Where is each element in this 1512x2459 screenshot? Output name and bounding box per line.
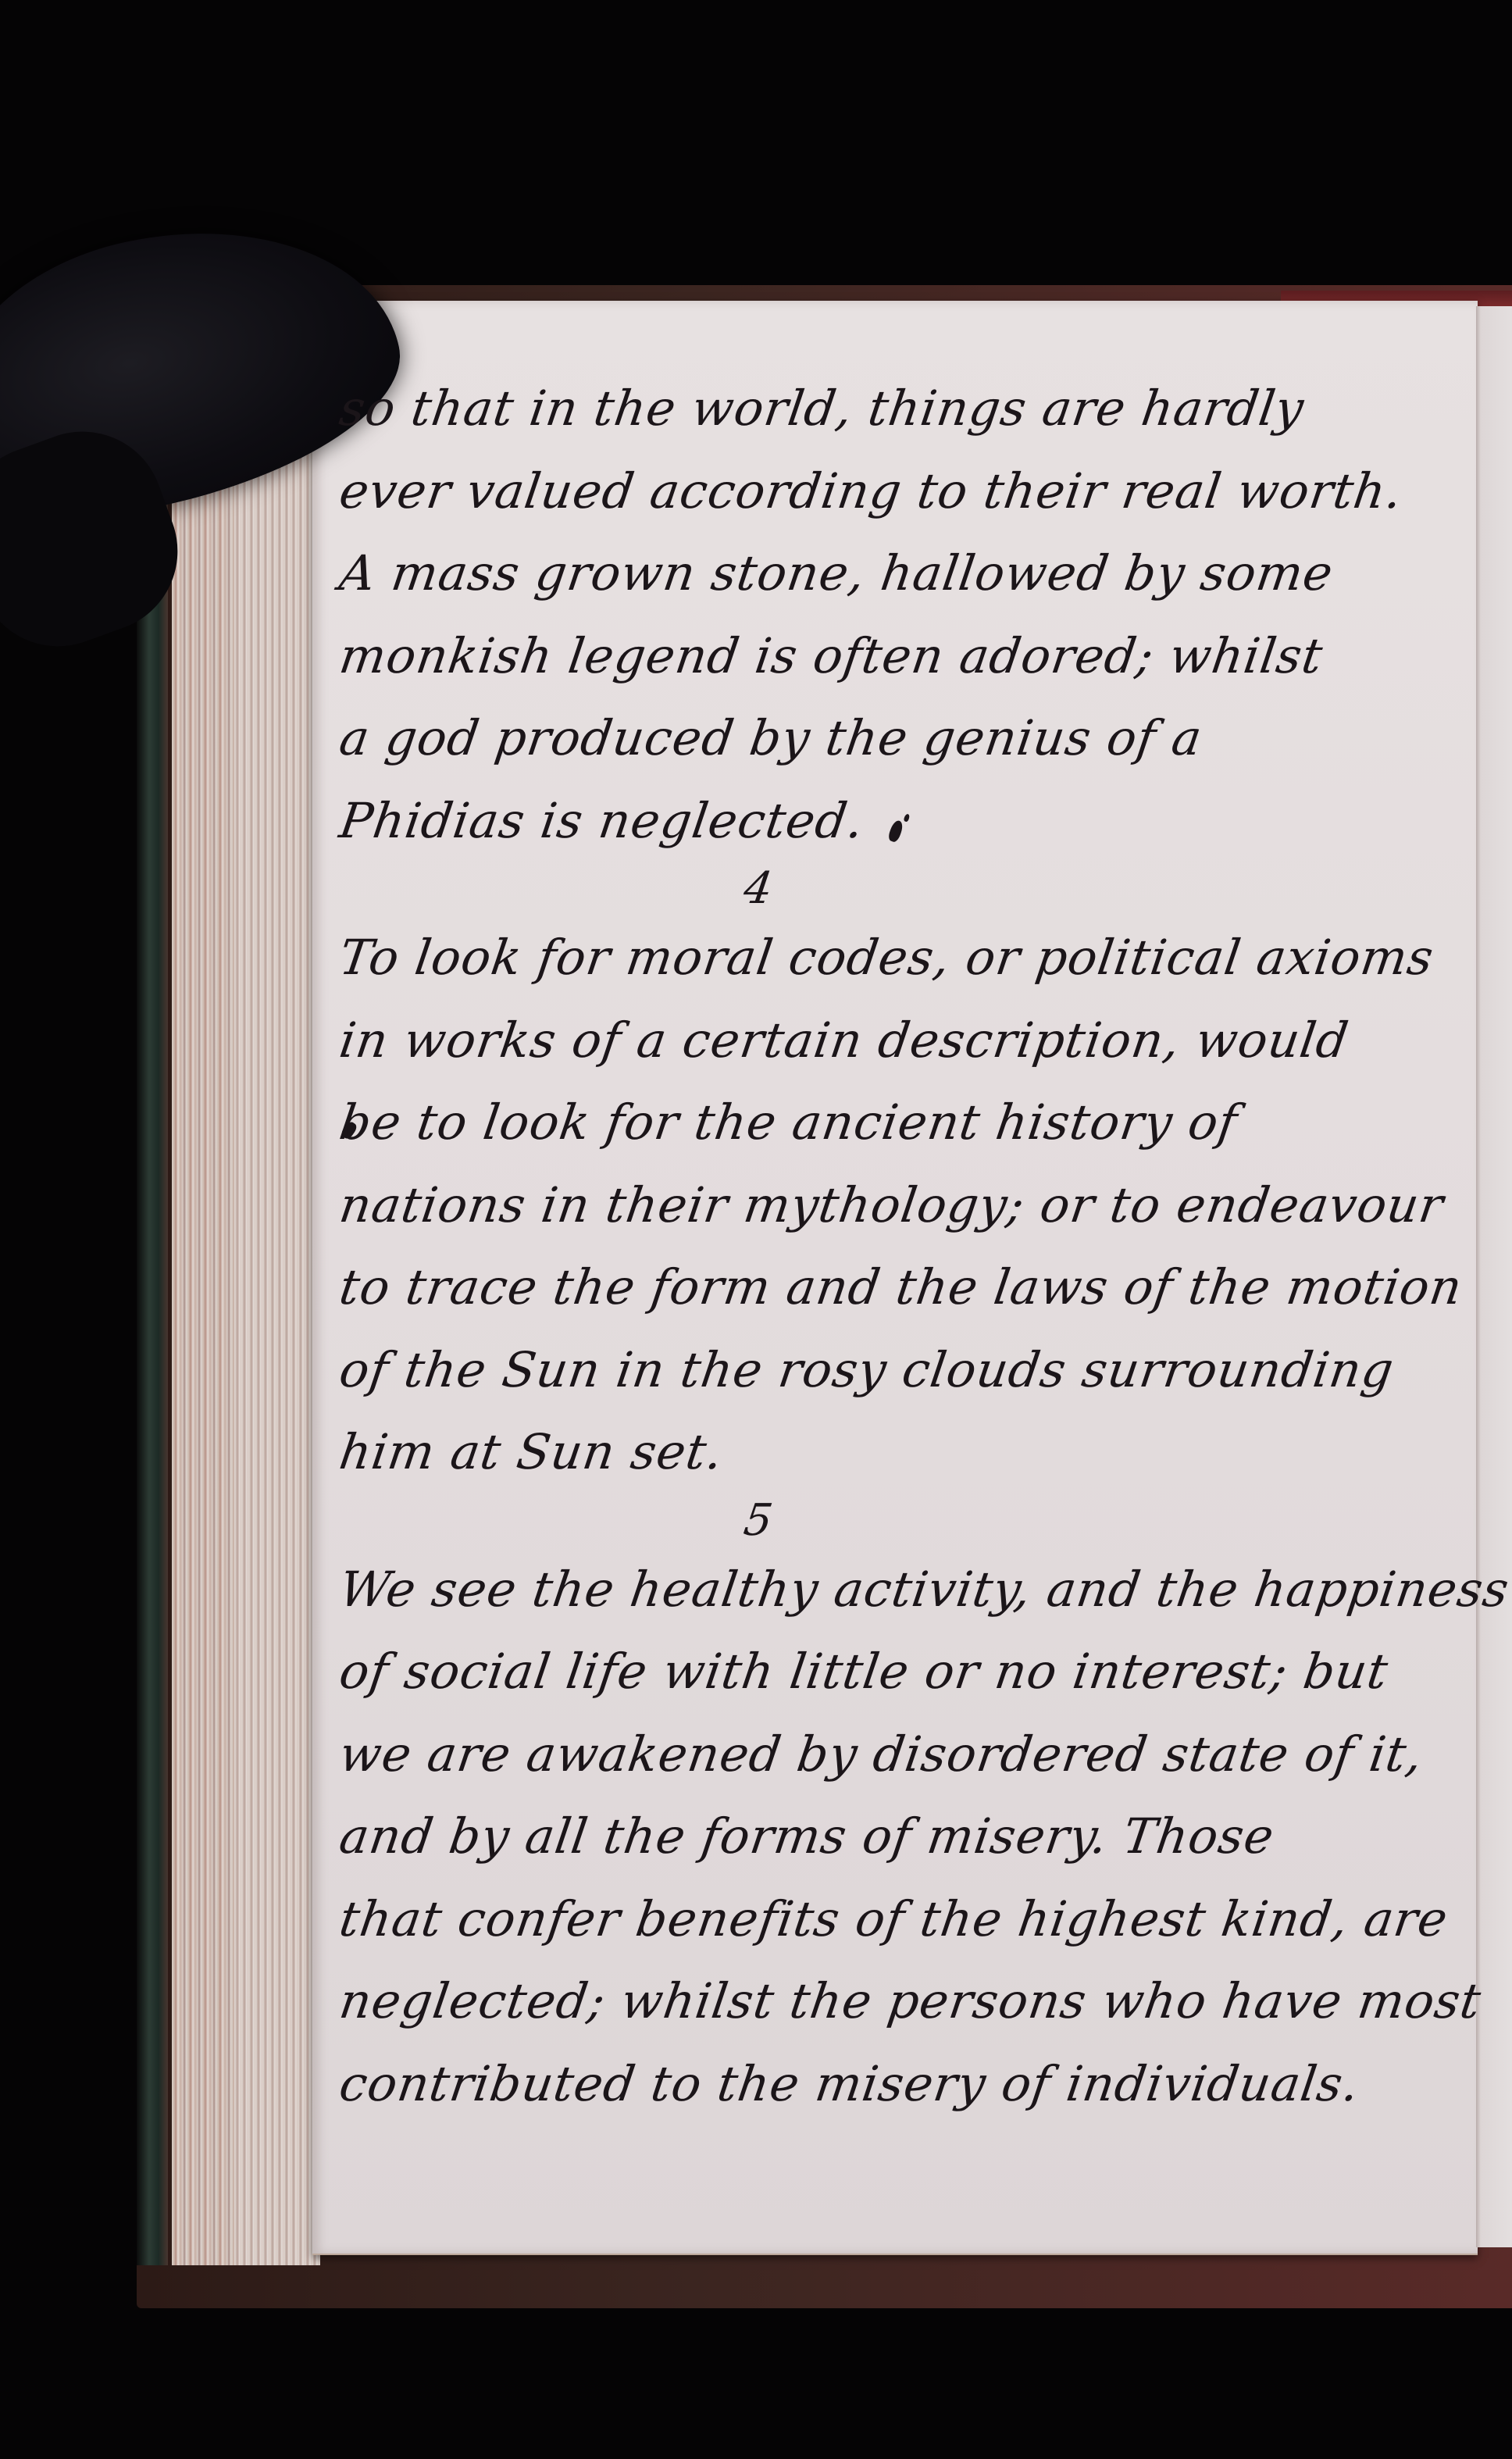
text-line: him at Sun set. [334,1411,1471,1494]
text-line: so that in the world, things are hardly [334,367,1471,450]
text-line: neglected; whilst the persons who have m… [334,1960,1471,2043]
text-line: be to look for the ancient history of [334,1081,1471,1164]
section-number: 5 [334,1494,1467,1548]
page-stack-edge-inner [234,445,320,2265]
text-line: We see the healthy activity, and the hap… [334,1548,1471,1631]
text-line: monkish legend is often adored; whilst [334,615,1471,698]
text-line: of the Sun in the rosy clouds surroundin… [334,1329,1471,1412]
section-number: 4 [334,862,1467,916]
manuscript-text: so that in the world, things are hardly … [334,367,1459,2125]
facing-page-edge [1476,306,1512,2247]
text-line: of social life with little or no interes… [334,1630,1471,1713]
text-line: in works of a certain description, would [334,999,1471,1082]
text-line: Phidias is neglected. [334,780,1471,862]
book-spine [137,469,168,2265]
text-line: to trace the form and the laws of the mo… [334,1246,1471,1329]
text-line: A mass grown stone, hallowed by some [334,532,1471,615]
text-line: a god produced by the genius of a [334,697,1471,780]
text-line: and by all the forms of misery. Those [334,1795,1471,1878]
text-line: nations in their mythology; or to endeav… [334,1164,1471,1247]
text-line: we are awakened by disordered state of i… [334,1713,1471,1796]
text-line: ever valued according to their real wort… [334,450,1471,533]
text-line: that confer benefits of the highest kind… [334,1878,1471,1961]
text-line: contributed to the misery of individuals… [334,2043,1471,2125]
text-line: To look for moral codes, or political ax… [334,916,1471,999]
